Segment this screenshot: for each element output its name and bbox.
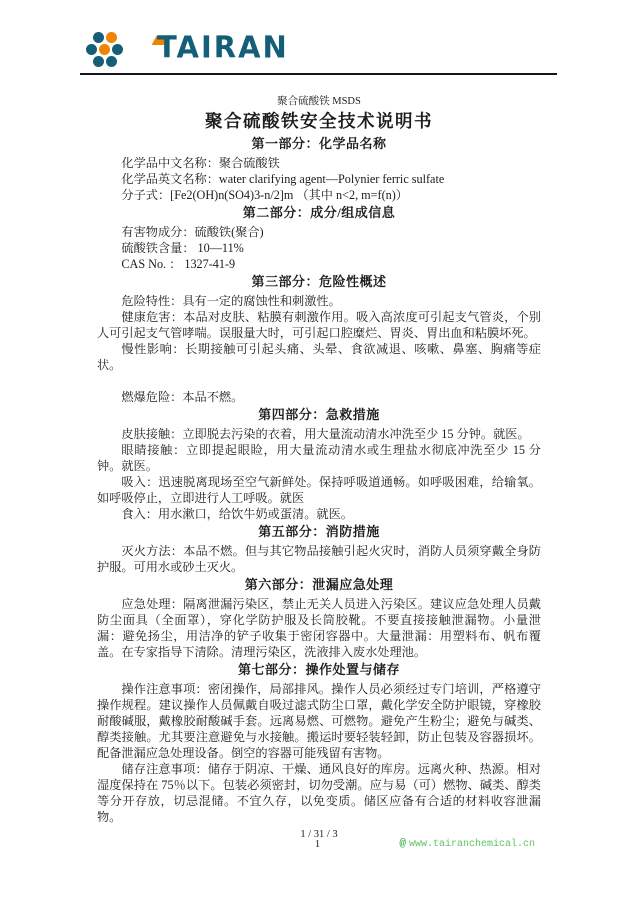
logo-dot xyxy=(106,32,117,43)
paragraph: 食入：用水漱口，给饮牛奶或蛋清。就医。 xyxy=(97,506,541,522)
company-logo: TAIRAN xyxy=(86,32,289,68)
paragraph: 操作注意事项：密闭操作，局部排风。操作人员必须经过专门培训，严格遵守操作规程。建… xyxy=(97,681,541,761)
page-title: 聚合硫酸铁安全技术说明书 xyxy=(97,113,541,129)
logo-dot xyxy=(93,56,104,67)
paragraph: 化学品中文名称：聚合硫酸铁 xyxy=(97,155,541,171)
section-4-first-aid: 第四部分：急救措施 皮肤接触：立即脱去污染的衣着，用大量流动清水冲洗至少 15 … xyxy=(97,407,541,522)
paragraph: 硫酸铁含量： 10—11% xyxy=(97,240,541,256)
logo-dot xyxy=(112,44,123,55)
section-2-composition: 第二部分：成分/组成信息 有害物成分：硫酸铁(聚合) 硫酸铁含量： 10—11%… xyxy=(97,205,541,272)
paragraph: 应急处理：隔离泄漏污染区，禁止无关人员进入污染区。建议应急处理人员戴防尘面具（全… xyxy=(97,596,541,660)
section-heading: 第五部分：消防措施 xyxy=(97,524,541,540)
company-wordmark: TAIRAN xyxy=(157,32,289,62)
section-3-hazards: 第三部分：危险性概述 危险特性：具有一定的腐蚀性和刺激性。 健康危害：本品对皮肤… xyxy=(97,274,541,405)
section-6-leakage: 第六部分：泄漏应急处理 应急处理：隔离泄漏污染区，禁止无关人员进入污染区。建议应… xyxy=(97,577,541,660)
page-header: TAIRAN xyxy=(80,32,557,75)
page-number: 1 xyxy=(0,839,635,850)
paragraph: CAS No. ： 1327-41-9 xyxy=(97,256,541,272)
section-heading: 第四部分：急救措施 xyxy=(97,407,541,423)
section-heading: 第三部分：危险性概述 xyxy=(97,274,541,290)
paragraph: 健康危害：本品对皮肤、粘膜有刺激作用。吸入高浓度可引起支气管炎，个别人可引起支气… xyxy=(97,309,541,341)
paragraph: 分子式：[Fe2(OH)n(SO4)3-n/2]m （其中 n<2, m=f(n… xyxy=(97,187,541,203)
section-heading: 第七部分：操作处置与储存 xyxy=(97,662,541,678)
section-1-chemical-name: 第一部分：化学品名称 化学品中文名称：聚合硫酸铁 化学品英文名称：water c… xyxy=(97,136,541,203)
section-heading: 第六部分：泄漏应急处理 xyxy=(97,577,541,593)
logo-dot xyxy=(106,56,117,67)
section-heading: 第二部分：成分/组成信息 xyxy=(97,205,541,221)
logo-dot xyxy=(99,44,110,55)
paragraph: 储存注意事项：储存于阴凉、干燥、通风良好的库房。远离火种、热源。相对湿度保持在 … xyxy=(97,761,541,825)
section-heading: 第一部分：化学品名称 xyxy=(97,136,541,152)
paragraph: 慢性影响：长期接触可引起头痛、头晕、食欲减退、咳嗽、鼻塞、胸痛等症状。 xyxy=(97,341,541,373)
logo-dot xyxy=(93,32,104,43)
paragraph: 化学品英文名称：water clarifying agent—Polynier … xyxy=(97,171,541,187)
website-link[interactable]: @ www.tairanchemical.cn xyxy=(399,838,535,850)
website-url[interactable]: www.tairanchemical.cn xyxy=(409,839,535,850)
paragraph: 有害物成分：硫酸铁(聚合) xyxy=(97,224,541,240)
logo-dot xyxy=(86,44,97,55)
paragraph: 灭火方法：本品不燃。但与其它物品接触引起火灾时，消防人员须穿戴全身防护服。可用水… xyxy=(97,543,541,575)
blank-line xyxy=(97,373,541,389)
paragraph: 燃爆危险：本品不燃。 xyxy=(97,389,541,405)
document-body: 聚合硫酸铁 MSDS 聚合硫酸铁安全技术说明书 第一部分：化学品名称 化学品中文… xyxy=(97,94,541,854)
section-5-fire-fighting: 第五部分：消防措施 灭火方法：本品不燃。但与其它物品接触引起火灾时，消防人员须穿… xyxy=(97,524,541,575)
at-icon: @ xyxy=(399,838,406,850)
section-7-handling-storage: 第七部分：操作处置与储存 操作注意事项：密闭操作，局部排风。操作人员必须经过专门… xyxy=(97,662,541,825)
paragraph: 危险特性：具有一定的腐蚀性和刺激性。 xyxy=(97,293,541,309)
logo-dots-icon xyxy=(86,32,123,68)
paragraph: 吸入：迅速脱离现场至空气新鲜处。保持呼吸道通畅。如呼吸困难，给输氧。如呼吸停止，… xyxy=(97,474,541,506)
paragraph: 皮肤接触：立即脱去污染的衣着，用大量流动清水冲洗至少 15 分钟。就医。 xyxy=(97,426,541,442)
doc-label: 聚合硫酸铁 MSDS xyxy=(97,94,541,110)
paragraph: 眼睛接触：立即提起眼睑，用大量流动清水或生理盐水彻底冲洗至少 15 分钟。就医。 xyxy=(97,442,541,474)
